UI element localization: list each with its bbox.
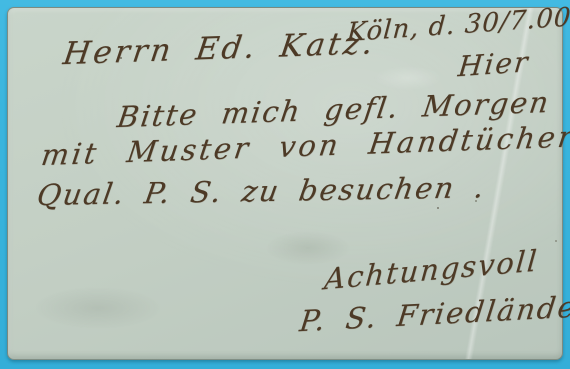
body-line-3: Qual. P. S. zu besuchen . [35,170,489,212]
photo-background: Köln, d. 30/7.00 Herrn Ed. Katz. Hier Bi… [0,0,570,369]
recipient-line: Herrn Ed. Katz. [61,25,378,72]
dateline: Köln, d. 30/7.00 [346,2,570,48]
closing-line: Achtungsvoll [323,243,540,296]
postcard: Köln, d. 30/7.00 Herrn Ed. Katz. Hier Bi… [7,7,563,360]
signature-line: P. S. Friedländer [298,289,570,339]
location-line: Hier [456,45,531,83]
